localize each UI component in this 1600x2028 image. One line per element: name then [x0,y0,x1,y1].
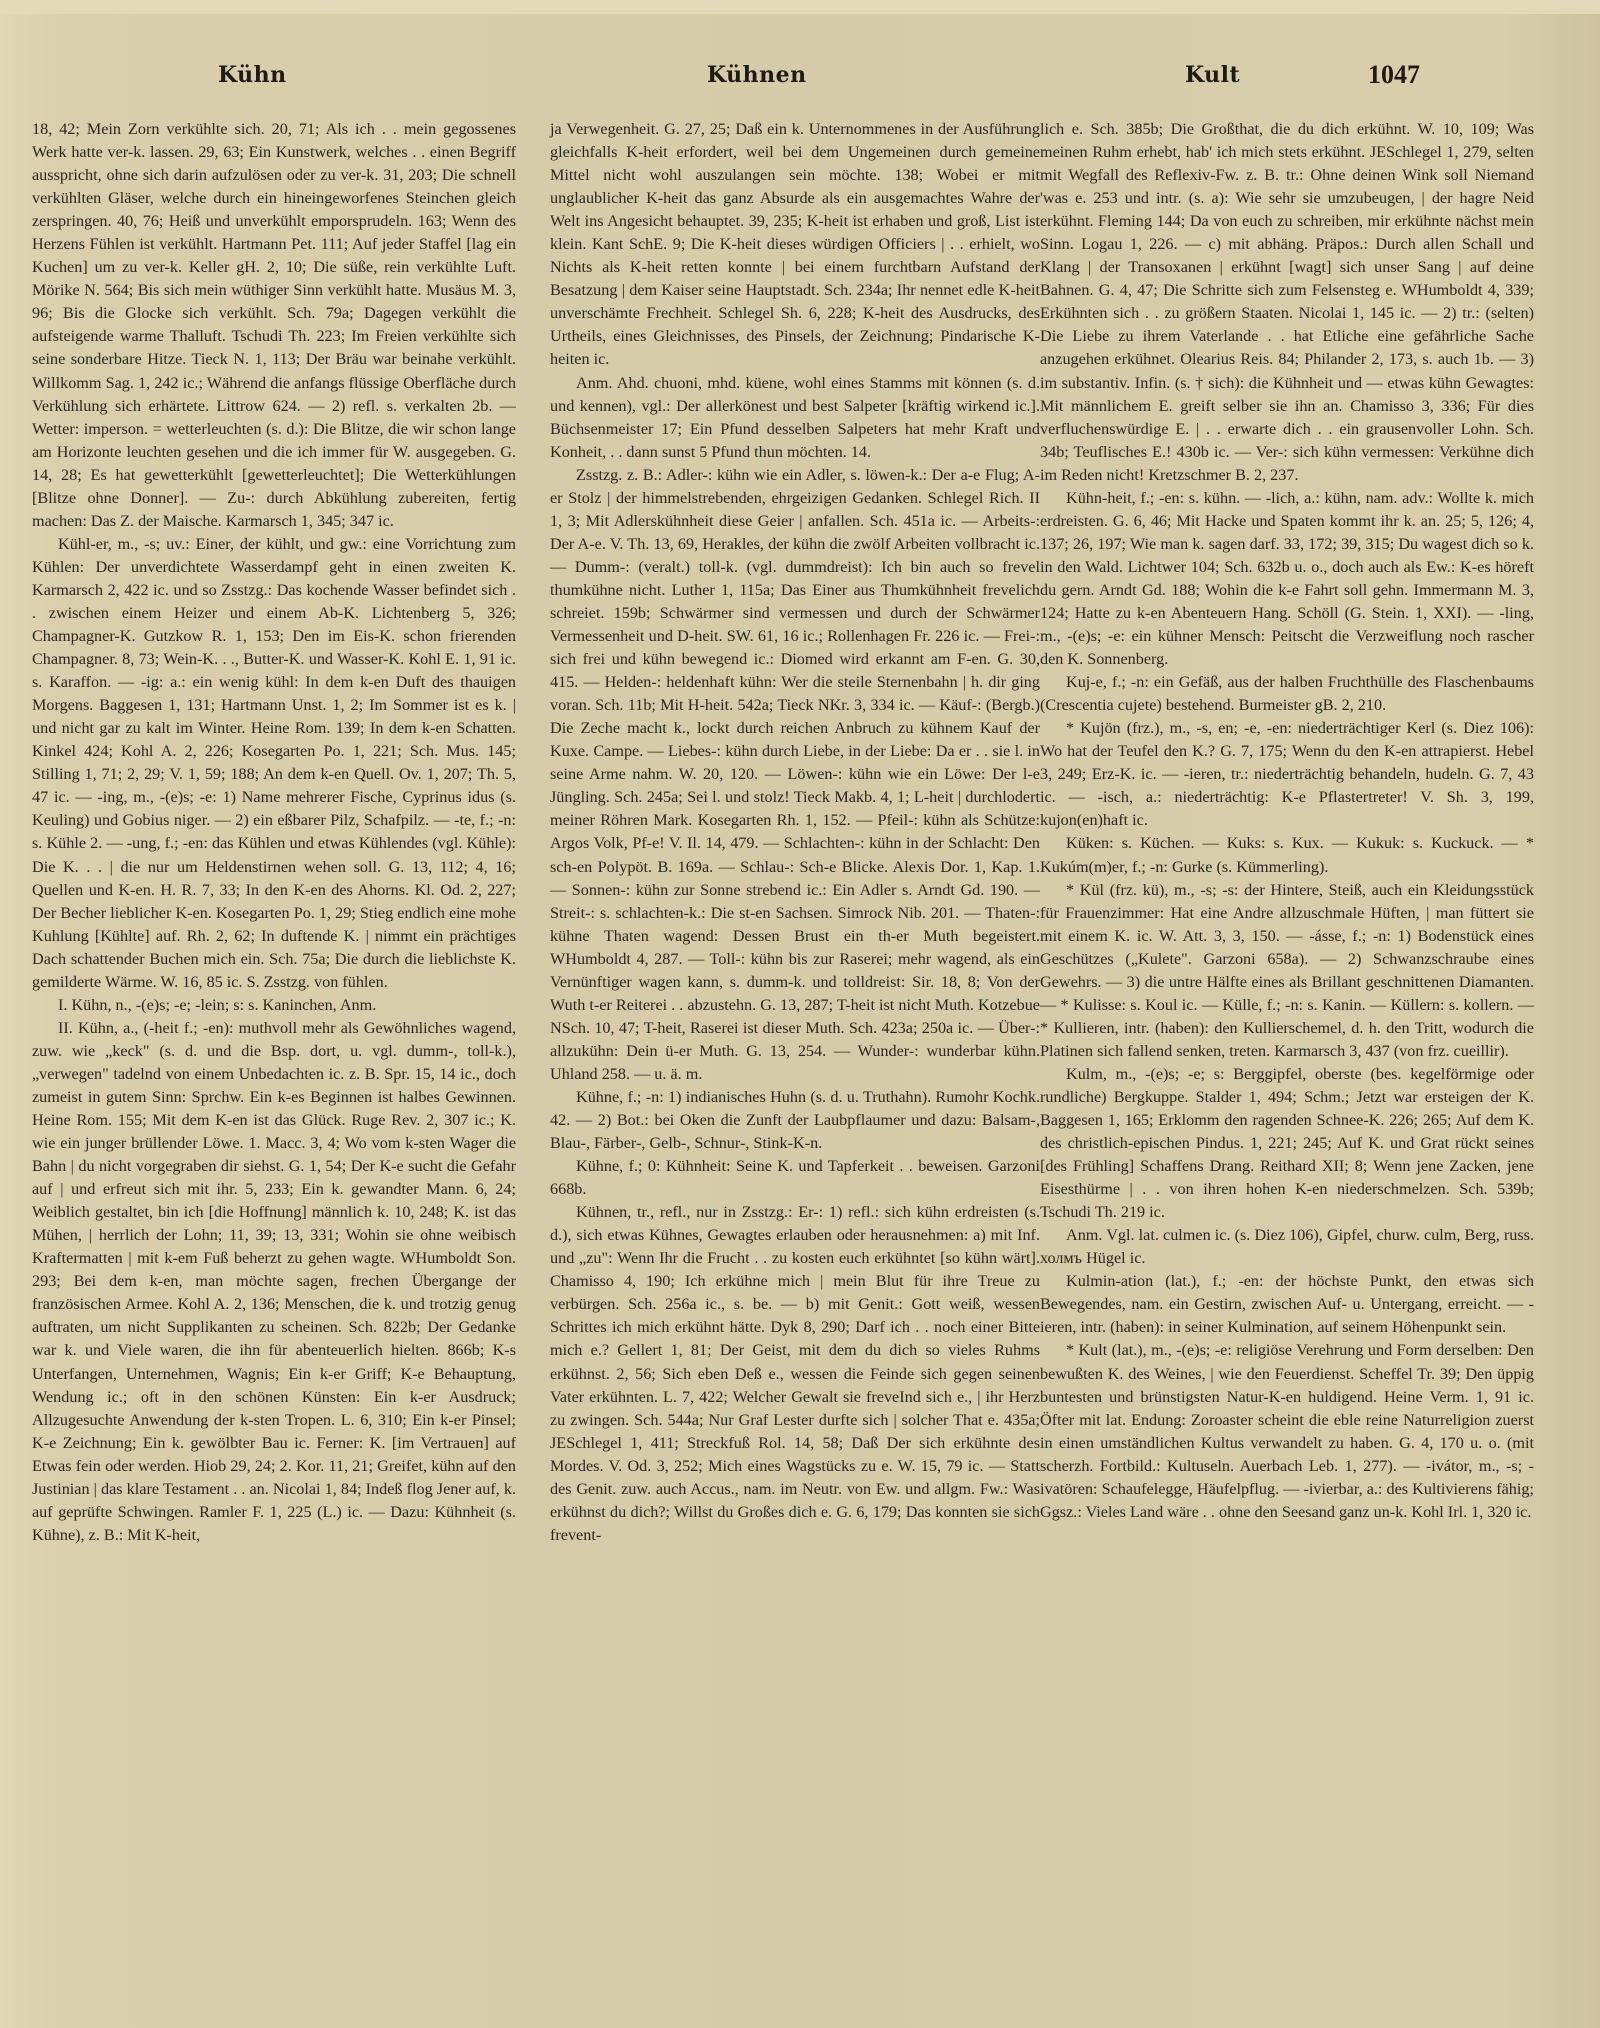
page-number: 1047 [1368,60,1420,90]
dictionary-entry: * Kult (lat.), m., -(e)s; -e: religiöse … [1040,1339,1534,1523]
dictionary-entry: Kühl-er, m., -s; uv.: Einer, der kühlt, … [32,533,516,994]
column-paragraph: lich e. Sch. 385b; Die Großthat, die du … [1040,118,1534,487]
dictionary-entry: I. Kühn, n., -(e)s; -e; -lein; s: s. Kan… [32,994,516,1017]
column-paragraph: ja Verwegenheit. G. 27, 25; Daß ein k. U… [550,118,1040,372]
dictionary-entry: Kulmin-ation (lat.), f.; -en: der höchst… [1040,1270,1534,1339]
dictionary-entry: Kühne, f.; 0: Kühnheit: Seine K. und Tap… [550,1155,1040,1201]
header-right-headword: Kult [1185,62,1240,88]
column-left: 18, 42; Mein Zorn verkühlte sich. 20, 71… [32,118,516,1547]
column-middle: ja Verwegenheit. G. 27, 25; Daß ein k. U… [550,118,1040,1547]
dictionary-entry: Zsstzg. z. B.: Adler-: kühn wie ein Adle… [550,464,1040,1086]
dictionary-entry: Küken: s. Küchen. — Kuks: s. Kux. — Kuku… [1040,832,1534,878]
dictionary-entry: * Kujön (frz.), m., -s, en; -e, -en: nie… [1040,717,1534,832]
header-middle-headword: Kühnen [707,62,807,88]
dictionary-entry: * Kül (frz. kü), m., -s; -s: der Hintere… [1040,879,1534,1063]
dictionary-entry: Kuj-e, f.; -n: ein Gefäß, aus der halben… [1040,671,1534,717]
column-paragraph: 18, 42; Mein Zorn verkühlte sich. 20, 71… [32,118,516,533]
dictionary-entry: Kühnen, tr., refl., nur in Zsstzg.: Er-:… [550,1201,1040,1547]
column-right: lich e. Sch. 385b; Die Großthat, die du … [1040,118,1534,1524]
header-left-headword: Kühn [218,62,287,88]
dictionary-entry: Kulm, m., -(e)s; -e; s: Berggipfel, ober… [1040,1063,1534,1224]
page-top-edge [0,0,1600,14]
dictionary-entry: II. Kühn, a., (-heit f.; -en): muthvoll … [32,1017,516,1547]
dictionary-note: Anm. Ahd. chuoni, mhd. küene, wohl eines… [550,372,1040,464]
dictionary-note: Anm. Vgl. lat. culmen ic. (s. Diez 106),… [1040,1224,1534,1270]
dictionary-entry: Kühn-heit, f.; -en: s. kühn. — -lich, a.… [1040,487,1534,671]
running-header: Kühn Kühnen Kult 1047 [0,62,1600,102]
dictionary-entry: Kühne, f.; -n: 1) indianisches Huhn (s. … [550,1086,1040,1155]
